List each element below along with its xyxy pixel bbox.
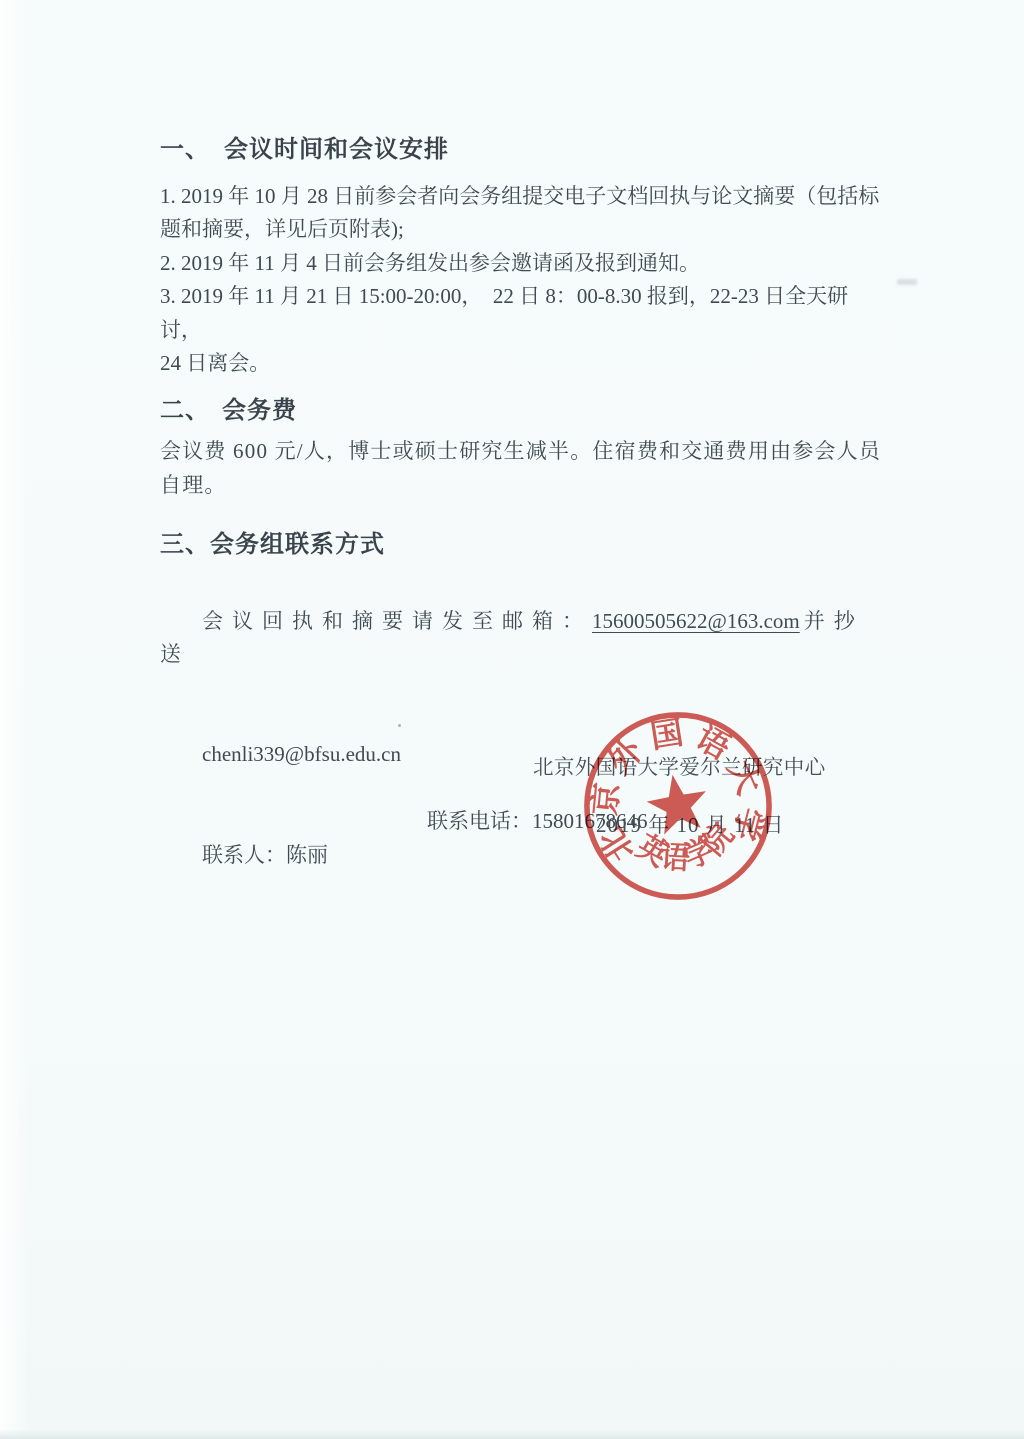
scanned-document-page: 一、会议时间和会议安排 1. 2019 年 10 月 28 日前参会者向会务组提…	[0, 0, 1024, 1439]
contact-email-line: 会议回执和摘要请发至邮箱：15600505622@163.com并抄送	[160, 571, 886, 705]
scan-left-edge	[0, 0, 28, 1439]
section-1-heading: 一、会议时间和会议安排	[160, 134, 886, 166]
section-3-title: 会务组联系方式	[210, 532, 385, 558]
scan-speck	[398, 724, 401, 727]
primary-email: 15600505622@163.com	[592, 609, 800, 633]
document-body: 一、会议时间和会议安排 1. 2019 年 10 月 28 日前参会者向会务组提…	[160, 0, 886, 939]
seal-bottom-text: 英语学院	[626, 812, 746, 886]
body-line: 会议费 600 元/人，博士或硕士研究生减半。住宿费和交通费用由参会人员自理。	[160, 435, 886, 502]
body-line: 1. 2019 年 10 月 28 日前参会者向会务组提交电子文档回执与论文摘要…	[160, 180, 886, 213]
section-3-number: 三、	[160, 529, 210, 561]
star-icon	[643, 770, 712, 837]
scan-artifact	[897, 279, 917, 285]
person-name: 陈丽	[286, 843, 328, 867]
contact-email-label: 会议回执和摘要请发至邮箱：	[202, 609, 592, 633]
body-line: 3. 2019 年 11 月 21 日 15:00-20:00， 22 日 8：…	[160, 280, 886, 347]
cc-email: chenli339@bfsu.edu.cn	[202, 742, 401, 766]
section-2-heading: 二、会务费	[160, 395, 886, 427]
section-2-body: 会议费 600 元/人，博士或硕士研究生减半。住宿费和交通费用由参会人员自理。	[160, 435, 886, 502]
section-2-title: 会务费	[222, 398, 297, 424]
official-seal-stamp: 北京外国语大学 英语学院	[579, 707, 777, 905]
body-line: 2. 2019 年 11 月 4 日前会务组发出参会邀请函及报到通知。	[160, 247, 886, 280]
section-1-number: 一、	[160, 134, 210, 166]
section-2-number: 二、	[160, 395, 210, 427]
section-3-heading: 三、会务组联系方式	[160, 529, 886, 561]
person-label: 联系人：	[202, 843, 286, 867]
body-line: 题和摘要，详见后页附表);	[160, 213, 886, 246]
section-1-title: 会议时间和会议安排	[224, 137, 449, 163]
phone-label: 联系电话：	[427, 809, 532, 833]
scan-bottom-edge	[0, 1429, 1024, 1439]
body-line: 24 日离会。	[160, 347, 886, 380]
section-1-body: 1. 2019 年 10 月 28 日前参会者向会务组提交电子文档回执与论文摘要…	[160, 180, 886, 380]
